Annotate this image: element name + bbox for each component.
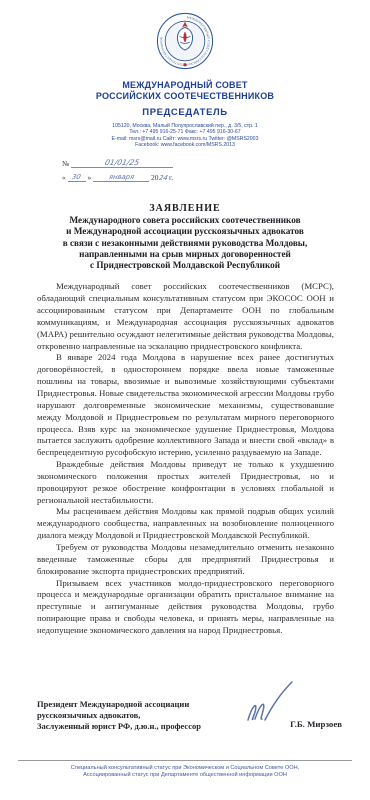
role-title: ПРЕДСЕДАТЕЛЬ (0, 107, 370, 118)
ref-day-value: 30 (71, 173, 81, 181)
org-name-line: МЕЖДУНАРОДНЫЙ СОВЕТ (0, 80, 370, 91)
ref-day-slot: 30 (68, 172, 86, 182)
ref-date-row: « 30 » января 2024 г. (62, 172, 370, 182)
paragraph: Международный совет российских соотечест… (37, 281, 334, 352)
org-name-line: РОССИЙСКИХ СООТЕЧЕСТВЕННИКОВ (0, 91, 370, 102)
signatory-titles: Президент Международной ассоциации русск… (37, 699, 201, 732)
title-line-main: ЗАЯВЛЕНИЕ (0, 203, 370, 214)
contact-block: 105120, Москва, Малый Полуярославский пе… (0, 123, 370, 149)
title-line: и Международной ассоциации русскоязычных… (0, 226, 370, 237)
contact-facebook: Facebook: www.facebook.com/MSRS.2013 (0, 142, 370, 148)
paragraph: Призываем всех участников молдо-приднест… (37, 578, 334, 637)
quote-close: » (88, 173, 92, 182)
reference-block: № 01/01/25 « 30 » января 2024 г. (62, 158, 370, 182)
ref-number-value: 01/01/25 (104, 158, 140, 167)
paragraph: Враждебные действия Молдовы приведут не … (37, 459, 334, 506)
title-line: направленными на срыв мирных договоренно… (0, 249, 370, 260)
paragraph: Требуем от руководства Молдовы незамедли… (37, 542, 334, 578)
statement-title: ЗАЯВЛЕНИЕ Международного совета российск… (0, 203, 370, 272)
footer-status-line: Специальный консультативный статус при Э… (0, 765, 370, 772)
signature-area: Г.Б. Мирзоев (232, 690, 342, 732)
footer-status: Специальный консультативный статус при Э… (0, 765, 370, 779)
ref-number-label: № (62, 159, 69, 168)
letterhead: МЕЖДУНАРОДНЫЙ СОВЕТ РОССИЙСКИХ СООТЕЧЕСТ… (0, 0, 370, 149)
org-name: МЕЖДУНАРОДНЫЙ СОВЕТ РОССИЙСКИХ СООТЕЧЕСТ… (0, 80, 370, 101)
signatory-title-line: русскоязычных адвокатов, (37, 710, 201, 721)
statement-body: Международный совет российских соотечест… (37, 281, 334, 636)
scanned-letter-page: МЕЖДУНАРОДНЫЙ СОВЕТ РОССИЙСКИХ СООТЕЧЕСТ… (0, 0, 370, 800)
footer-status-line: Ассоциированный статус при Департаменте … (0, 772, 370, 779)
title-line: в связи с незаконными действиями руковод… (0, 238, 370, 249)
paragraph: В январе 2024 года Молдова в нарушение в… (37, 352, 334, 459)
msrs-seal-icon: МЕЖДУНАРОДНЫЙ СОВЕТ РОССИЙСКИХ СООТЕЧЕСТ… (156, 12, 214, 70)
title-line: с Приднестровской Молдавской Республикой (0, 260, 370, 271)
quote-open: « (62, 173, 66, 182)
ref-month-slot: января (93, 172, 149, 182)
ref-year-value: 24 (158, 174, 168, 182)
paragraph: Мы расцениваем действия Молдовы как прям… (37, 506, 334, 542)
signature-block: Президент Международной ассоциации русск… (37, 690, 342, 732)
signatory-title-line: Президент Международной ассоциации (37, 699, 201, 710)
ref-year-suffix: г. (169, 173, 173, 182)
signatory-name: Г.Б. Мирзоев (290, 719, 342, 729)
ref-number-slot: 01/01/25 (71, 158, 173, 168)
ref-month-value: января (108, 173, 135, 181)
ref-number-row: № 01/01/25 (62, 158, 370, 168)
footer: Специальный консультативный статус при Э… (0, 760, 370, 779)
footer-divider (18, 760, 352, 761)
signatory-title-line: Заслуженный юрист РФ, д.ю.н., профессор (37, 721, 201, 732)
title-line: Международного совета российских соотече… (0, 215, 370, 226)
